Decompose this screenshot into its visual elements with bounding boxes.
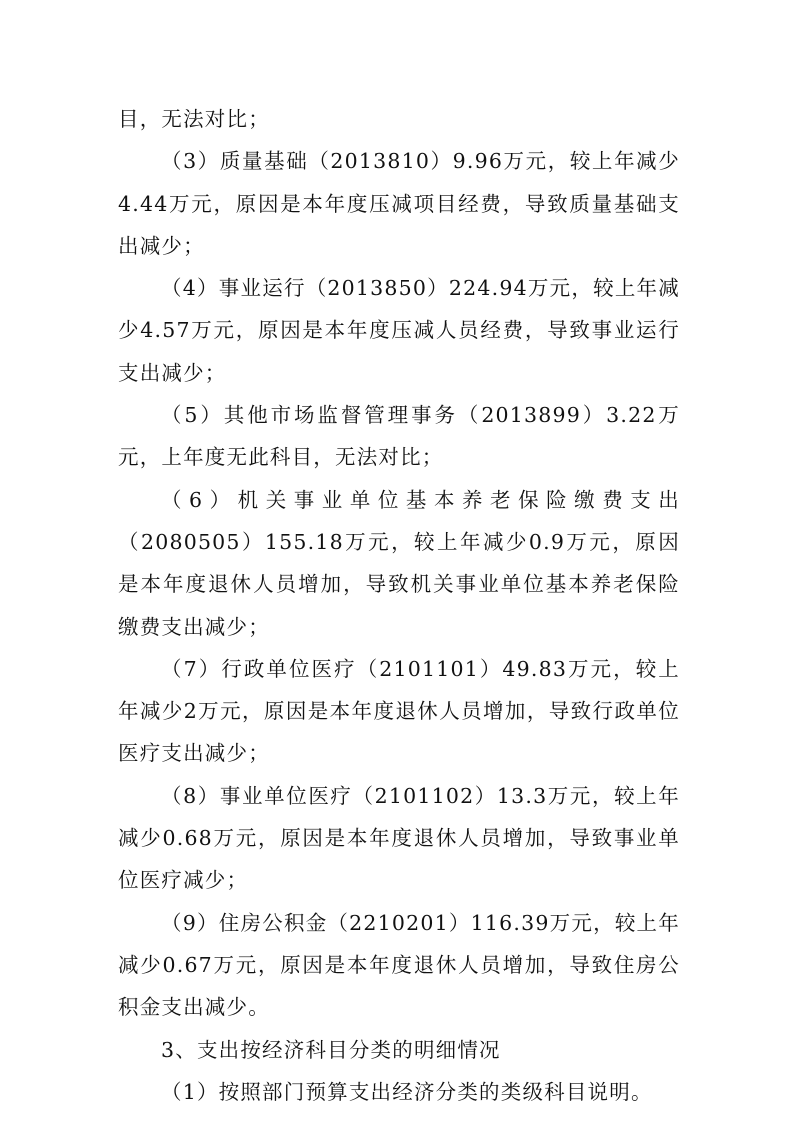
paragraph-item-5-other-market-supervision: （5）其他市场监督管理事务（2013899）3.22万元，上年度无此科目，无法对… [118, 394, 680, 479]
paragraph-item-8-institution-medical: （8）事业单位医疗（2101102）13.3万元，较上年减少0.68万元，原因是… [118, 775, 680, 902]
subsection-1: （1）按照部门预算支出经济分类的类级科目说明。 [118, 1071, 680, 1113]
paragraph-item-3-quality-foundation: （3）质量基础（2013810）9.96万元，较上年减少4.44万元，原因是本年… [118, 140, 680, 267]
section-heading-3: 3、支出按经济科目分类的明细情况 [118, 1029, 680, 1071]
paragraph-continuation: 目，无法对比； [118, 98, 680, 140]
paragraph-item-6-pension-insurance: （6）机关事业单位基本养老保险缴费支出（2080505）155.18万元，较上年… [118, 479, 680, 648]
paragraph-item-9-housing-fund: （9）住房公积金（2210201）116.39万元，较上年减少0.67万元，原因… [118, 902, 680, 1029]
paragraph-item-7-admin-medical: （7）行政单位医疗（2101101）49.83万元，较上年减少2万元，原因是本年… [118, 648, 680, 775]
paragraph-item-4-operations: （4）事业运行（2013850）224.94万元，较上年减少4.57万元，原因是… [118, 267, 680, 394]
document-page: 目，无法对比； （3）质量基础（2013810）9.96万元，较上年减少4.44… [118, 98, 680, 1113]
